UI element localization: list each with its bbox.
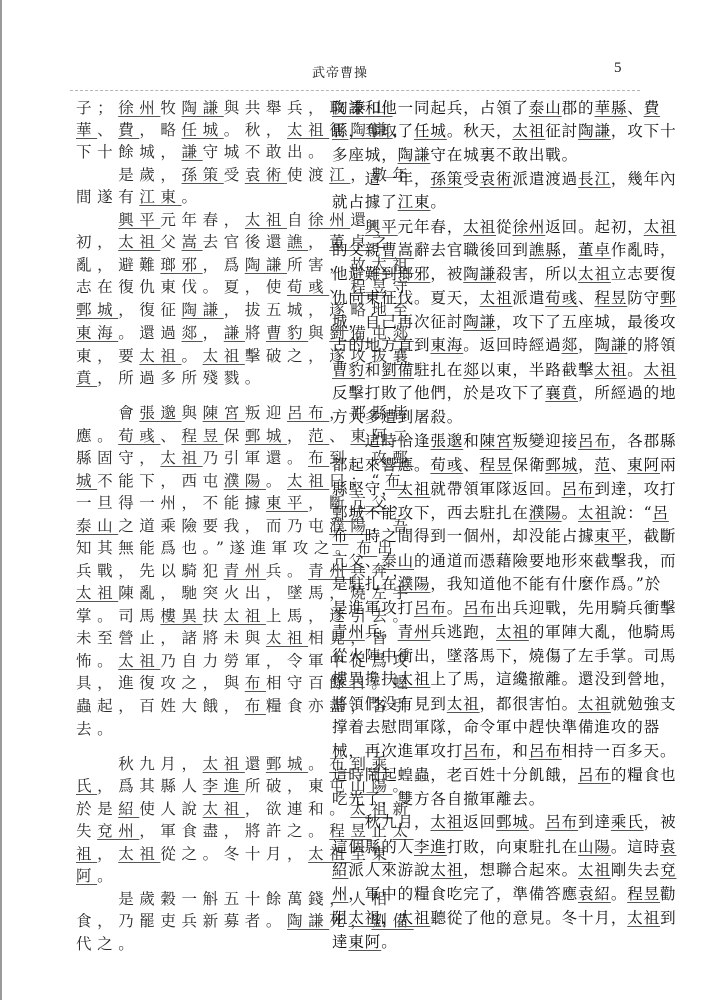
- text-segment: 牧: [160, 99, 181, 117]
- text-segment: 這時鬧起蝗蟲，老百姓十分飢餓，: [332, 766, 578, 784]
- text-segment: 、: [365, 552, 381, 570]
- text-segment: 保衛: [512, 456, 545, 474]
- proper-name: 亢父: [332, 552, 365, 570]
- proper-name: 太祖: [76, 584, 118, 602]
- text-segment: 叛變迎接: [512, 432, 578, 450]
- text-segment: ，: [381, 909, 397, 927]
- proper-name: 荀彧: [287, 278, 329, 296]
- text-line: 城，自己再次征討陶謙，攻下了五座城，最後攻: [332, 310, 676, 332]
- text-segment: 出兵迎戰，先用騎兵衝擊: [496, 599, 676, 617]
- proper-name: 縣: [332, 122, 348, 140]
- text-segment: [332, 218, 365, 236]
- page-number: 5: [614, 60, 622, 77]
- proper-name: 李進: [414, 838, 447, 856]
- proper-name: 鄄城: [496, 813, 529, 831]
- text-segment: ，所經過的地: [578, 384, 676, 402]
- proper-name: 太祖: [224, 607, 266, 625]
- proper-name: 呂布: [414, 599, 447, 617]
- text-segment: 保: [224, 427, 245, 445]
- text-segment: 還: [245, 755, 266, 773]
- text-line: 阿。: [76, 864, 118, 886]
- proper-name: 長江: [578, 170, 611, 188]
- proper-name: 范: [594, 456, 610, 474]
- proper-name: 譙: [287, 233, 308, 251]
- proper-name: 華: [76, 121, 97, 139]
- text-segment: 達: [332, 933, 348, 951]
- text-segment: ，爲: [203, 256, 245, 274]
- proper-name: 曹嵩: [381, 241, 414, 259]
- text-segment: 去。: [76, 720, 118, 738]
- proper-name: 東海: [76, 324, 118, 342]
- text-segment: 上了馬，這纔撤離。還没到營地，: [430, 670, 676, 688]
- proper-name: 太祖: [578, 504, 611, 522]
- text-segment: 與: [308, 324, 329, 342]
- text-segment: 就勉強支: [611, 695, 677, 713]
- text-segment: 東，要: [76, 347, 139, 365]
- proper-name: 東阿: [627, 456, 660, 474]
- proper-name: 太祖: [203, 347, 245, 365]
- text-segment: 攙扶: [365, 670, 398, 688]
- text-segment: 元年春，: [160, 211, 244, 229]
- text-segment: ，復征: [118, 301, 181, 319]
- text-line: 秋九月，太祖返回鄄城。呂布到達乘氏，被: [332, 810, 677, 832]
- proper-name: 東海: [430, 336, 463, 354]
- proper-name: 鄄城: [332, 504, 365, 522]
- text-segment: 從火陣中衝出，墜落馬下，燒傷了左手掌。司馬: [332, 647, 676, 665]
- proper-name: 紹: [332, 861, 348, 879]
- proper-name: 樓異: [332, 670, 365, 688]
- text-segment: 派遣渡過: [512, 170, 578, 188]
- text-segment: 一時之間得到一個州，却没能占據: [348, 527, 594, 545]
- proper-name: 太祖: [203, 755, 245, 773]
- proper-name: 費: [118, 121, 139, 139]
- text-line: 間遂有江東。: [76, 185, 203, 207]
- text-segment: 派人來游說: [348, 861, 430, 879]
- text-segment: 蟲起，百姓大餓，: [76, 697, 245, 715]
- text-segment: 將領們没有見到: [332, 695, 447, 713]
- text-segment: 。: [447, 599, 463, 617]
- text-segment: 間遂有: [76, 188, 139, 206]
- text-segment: 代之。: [76, 935, 139, 953]
- text-segment: ，略: [139, 121, 181, 139]
- text-segment: 防守: [627, 289, 660, 307]
- text-segment: 。: [182, 188, 203, 206]
- proper-name: 荀彧: [545, 289, 578, 307]
- text-segment: ，想聯合起來。: [463, 861, 578, 879]
- proper-name: 襄賁: [545, 384, 578, 402]
- text-segment: ，各郡縣: [611, 432, 677, 450]
- proper-name: 徐州: [118, 99, 160, 117]
- text-line: 縣堅守，太祖就帶領軍隊返回。呂布到達，攻打: [332, 477, 676, 499]
- running-header: 武帝曹操 5: [0, 62, 716, 86]
- text-line: 布一時之間得到一個州，却没能占據東平，截斷: [332, 524, 676, 546]
- text-segment: ，: [287, 427, 308, 445]
- text-segment: 從: [496, 218, 512, 236]
- text-segment: 駐扎在: [414, 361, 463, 379]
- proper-name: 呂布: [578, 432, 611, 450]
- proper-name: 曹豹: [266, 324, 308, 342]
- text-segment: ，軍食盡，將許之。: [139, 822, 329, 840]
- text-segment: 應。: [76, 427, 118, 445]
- text-segment: 征討: [545, 122, 578, 140]
- text-segment: 吃光了，雙方各自撤軍離去。: [332, 790, 545, 808]
- proper-name: 太祖: [398, 480, 431, 498]
- proper-name: 孫策: [430, 170, 463, 188]
- proper-name: 呂布: [578, 766, 611, 784]
- text-segment: 。: [430, 193, 446, 211]
- proper-name: 郯: [463, 361, 479, 379]
- text-segment: ，所過多所殘戮。: [97, 369, 266, 387]
- text-segment: 。秋天，: [447, 122, 513, 140]
- text-segment: 兵逃跑，: [430, 623, 496, 641]
- proper-name: 程昱: [480, 456, 513, 474]
- proper-name: 太祖: [287, 472, 329, 490]
- text-segment: 。: [611, 885, 627, 903]
- proper-name: 州: [332, 885, 348, 903]
- text-segment: 和他一同起兵，占領了: [365, 99, 529, 117]
- proper-name: 呂: [652, 504, 668, 522]
- proper-name: 陶謙: [245, 256, 287, 274]
- proper-name: 兗州: [97, 822, 139, 840]
- proper-name: 布: [245, 674, 266, 692]
- text-segment: 郡的: [562, 99, 595, 117]
- proper-name: 城: [332, 313, 348, 331]
- text-segment: 之道乘險要我，而乃屯: [118, 517, 329, 535]
- proper-name: 陶謙: [398, 146, 431, 164]
- text-segment: 聽從了他的意見。冬十月，: [430, 909, 627, 927]
- text-segment: 方大多遭到屠殺。: [332, 408, 463, 426]
- text-segment: 說：“: [611, 504, 653, 522]
- text-segment: 相持一百多天。: [562, 742, 677, 760]
- text-segment: ，: [203, 324, 224, 342]
- proper-name: 譙縣: [529, 241, 562, 259]
- proper-name: 紹: [118, 800, 139, 818]
- proper-name: 張邈: [430, 432, 463, 450]
- text-segment: 械，再次進軍攻打: [332, 742, 463, 760]
- text-line: 阻太祖，太祖聽從了他的意見。冬十月，太祖到: [332, 906, 676, 928]
- proper-name: 樓異: [160, 607, 202, 625]
- text-segment: 的軍陣大亂，他騎馬: [529, 623, 677, 641]
- proper-name: 劉備: [381, 361, 414, 379]
- proper-name: 程昱: [627, 885, 660, 903]
- proper-name: 曹豹: [332, 361, 365, 379]
- text-segment: 乃引軍還。: [203, 449, 309, 467]
- text-segment: ，幾年內: [611, 170, 677, 188]
- text-segment: 作亂時，: [611, 241, 677, 259]
- text-line: 都起來響應。荀彧、程昱保衛鄄城，范、東阿兩: [332, 453, 677, 475]
- text-segment: 兩: [660, 456, 676, 474]
- proper-name: 太祖: [139, 347, 181, 365]
- page-edge-border: [0, 0, 2, 1000]
- proper-name: 乘氏: [611, 813, 644, 831]
- proper-name: 泰山: [76, 517, 118, 535]
- text-line: 鄄城不能攻下，西去駐扎在濮陽。太祖說：“呂: [332, 501, 669, 523]
- proper-name: 鄄城: [545, 456, 578, 474]
- text-line: 曹豹和劉備駐扎在郯以東，半路截擊太祖。太祖: [332, 358, 676, 380]
- text-line: 下十餘城，謙守城不敢出。: [76, 140, 329, 162]
- text-line: 賁，所過多所殘戮。: [76, 366, 266, 388]
- proper-name: 陳宮: [203, 404, 245, 422]
- text-segment: 食，乃罷吏兵新募者。: [76, 912, 287, 930]
- text-segment: 這時恰逢: [332, 432, 430, 450]
- text-line: 縣，奪取了任城。秋天，太祖征討陶謙，攻下十: [332, 119, 676, 141]
- text-segment: 這一年，: [332, 170, 430, 188]
- text-segment: ，截斷: [627, 527, 676, 545]
- proper-name: 費: [644, 99, 660, 117]
- proper-name: 鄄城: [245, 427, 287, 445]
- text-line: 占的地方直到東海。返回時經過郯，陶謙的將領: [332, 333, 676, 355]
- text-segment: 。: [381, 933, 397, 951]
- proper-name: 陶謙: [287, 912, 329, 930]
- text-line: 樓異攙扶太祖上了馬，這纔撤離。還没到營地，: [332, 667, 676, 689]
- text-segment: 知其無能爲也。”遂進軍攻之。: [76, 539, 356, 557]
- text-segment: 是進軍攻打: [332, 599, 414, 617]
- text-segment: ，: [97, 845, 118, 863]
- text-segment: 兵戰，先以騎犯: [76, 562, 224, 580]
- proper-name: 鄄城: [266, 755, 308, 773]
- text-segment: 的糧食也: [611, 766, 677, 784]
- text-segment: 一旦得一州，不能據: [76, 494, 266, 512]
- text-segment: 立志要復: [611, 265, 677, 283]
- proper-name: 荀彧: [430, 456, 463, 474]
- text-segment: 辭去官職後回到: [414, 241, 529, 259]
- text-segment: 返回: [463, 813, 496, 831]
- proper-name: 袁紹: [578, 885, 611, 903]
- proper-name: 陶謙: [463, 313, 496, 331]
- text-segment: 兵。: [365, 623, 398, 641]
- proper-name: 太祖: [512, 122, 545, 140]
- text-segment: 是駐扎在: [332, 575, 398, 593]
- text-segment: 返回。起初，: [545, 218, 643, 236]
- proper-name: 太祖: [430, 861, 463, 879]
- text-line: 代之。: [76, 932, 139, 954]
- text-line: 是進軍攻打呂布。呂布出兵迎戰，先用騎兵衝擊: [332, 596, 676, 618]
- proper-name: 太祖: [266, 629, 308, 647]
- proper-name: 嵩: [182, 233, 203, 251]
- proper-name: 呂布: [287, 404, 329, 422]
- text-segment: ，爲其縣人: [97, 777, 203, 795]
- text-segment: 。秋，: [224, 121, 287, 139]
- text-line: 撑着去慰問軍隊，命令軍中趕快準備進攻的器: [332, 715, 660, 737]
- proper-name: 陳宮: [480, 432, 513, 450]
- text-segment: 、: [160, 427, 181, 445]
- text-segment: 仇向東征伐。夏天，: [332, 289, 480, 307]
- text-line: 將領們没有見到太祖，都很害怕。太祖就勉強支: [332, 692, 676, 714]
- proper-name: 城: [76, 472, 97, 490]
- text-line: 這時恰逢張邈和陳宮叛變迎接呂布，各郡縣: [332, 429, 676, 451]
- text-line: 青州兵。青州兵逃跑，太祖的軍陣大亂，他騎馬: [332, 620, 676, 642]
- text-segment: 和: [365, 361, 381, 379]
- text-segment: 的通道而憑藉險要地形來截擊我，而: [414, 552, 676, 570]
- proper-name: 徐州: [512, 218, 545, 236]
- text-segment: 打敗，向東駐扎在: [447, 838, 578, 856]
- text-segment: 父: [160, 233, 181, 251]
- text-segment: ，自己再次征討: [348, 313, 463, 331]
- text-segment: ，: [578, 336, 594, 354]
- text-segment: 是歲，: [76, 166, 182, 184]
- text-line: 興平元年春，太祖從徐州返回。起初，太祖: [332, 215, 676, 237]
- text-line: 械，再次進軍攻打呂布，和呂布相持一百多天。: [332, 739, 676, 761]
- text-segment: 、: [97, 121, 118, 139]
- text-segment: 於是: [76, 800, 118, 818]
- proper-name: 陶謙: [182, 301, 224, 319]
- proper-name: 瑯邪: [160, 256, 202, 274]
- text-line: 是駐扎在濮陽，我知道他不能有什麼作爲。”於: [332, 572, 661, 594]
- text-segment: 受: [224, 166, 245, 184]
- proper-name: 青州: [398, 623, 431, 641]
- text-segment: 從之。冬十月，: [160, 845, 308, 863]
- proper-name: 謙: [224, 324, 245, 342]
- text-segment: 剛失去: [611, 861, 660, 879]
- text-segment: 。這時: [611, 838, 660, 856]
- proper-name: 祖: [76, 845, 97, 863]
- proper-name: 呂布: [545, 813, 578, 831]
- proper-name: 陶謙: [332, 99, 365, 117]
- proper-name: 泰山: [381, 552, 414, 570]
- text-line: 方大多遭到屠殺。: [332, 405, 463, 427]
- proper-name: 太祖: [644, 361, 677, 379]
- proper-name: 興平: [118, 211, 160, 229]
- text-segment: 自: [287, 211, 308, 229]
- text-segment: 阻: [332, 909, 348, 927]
- proper-name: 太祖: [594, 361, 627, 379]
- text-segment: 都起來響應。: [332, 456, 430, 474]
- text-line: 去。: [76, 717, 118, 739]
- proper-name: 東阿: [348, 933, 381, 951]
- text-segment: 不能下，西屯: [97, 472, 224, 490]
- text-segment: 多座城，: [332, 146, 398, 164]
- text-segment: 縣堅守，: [332, 480, 398, 498]
- text-line: 仇向東征伐。夏天，太祖派遣荀彧、程昱防守鄄: [332, 286, 676, 308]
- proper-name: 程昱: [182, 427, 224, 445]
- proper-name: 華縣: [594, 99, 627, 117]
- proper-name: 興平: [365, 218, 398, 236]
- proper-name: 江東: [139, 188, 181, 206]
- text-segment: 子；: [76, 99, 118, 117]
- text-line: 達東阿。: [332, 930, 398, 952]
- proper-name: 呂布: [562, 480, 595, 498]
- proper-name: 董卓: [578, 241, 611, 259]
- header-rule: [70, 90, 640, 91]
- proper-name: 太祖: [480, 289, 513, 307]
- text-segment: ，軍中的糧食吃完了，準備答應: [348, 885, 578, 903]
- proper-name: 袁: [660, 838, 676, 856]
- proper-name: 太祖: [578, 695, 611, 713]
- chapter-title: 武帝曹操: [312, 62, 368, 81]
- text-segment: 的將領: [627, 336, 676, 354]
- text-line: 州，軍中的糧食吃完了，準備答應袁紹。程昱勸: [332, 882, 676, 904]
- proper-name: 太祖: [118, 845, 160, 863]
- text-segment: 的父親: [332, 241, 381, 259]
- proper-name: 郯: [562, 336, 578, 354]
- proper-name: 袁術: [245, 166, 287, 184]
- text-segment: 。: [97, 867, 118, 885]
- text-segment: ，和: [496, 742, 529, 760]
- text-segment: 到達: [578, 813, 611, 831]
- text-segment: ，: [308, 233, 329, 251]
- proper-name: 呂布: [463, 742, 496, 760]
- text-line: 陶謙和他一同起兵，占領了泰山郡的華縣、費: [332, 96, 660, 118]
- text-segment: 、: [627, 99, 643, 117]
- proper-name: 太祖: [398, 670, 431, 688]
- proper-name: 李進: [203, 777, 245, 795]
- text-segment: 。: [308, 755, 329, 773]
- proper-name: 范: [308, 427, 329, 445]
- text-segment: 以東，半路截擊: [480, 361, 595, 379]
- text-segment: 。: [627, 361, 643, 379]
- text-segment: 使渡: [287, 166, 329, 184]
- proper-name: 青州: [332, 623, 365, 641]
- proper-name: 呂布: [529, 742, 562, 760]
- proper-name: 郯: [182, 324, 203, 342]
- proper-name: 鄄城: [76, 301, 118, 319]
- text-segment: [76, 211, 118, 229]
- proper-name: 布: [308, 449, 329, 467]
- text-segment: 怖。: [76, 652, 118, 670]
- proper-name: 太祖: [118, 233, 160, 251]
- proper-name: 陶謙: [463, 265, 496, 283]
- proper-name: 太祖: [203, 800, 245, 818]
- proper-name: 氏: [76, 777, 97, 795]
- proper-name: 太祖: [348, 909, 381, 927]
- text-line: 從火陣中衝出，墜落馬下，燒傷了左手掌。司馬: [332, 644, 676, 666]
- text-segment: 這個縣的人: [332, 838, 414, 856]
- proper-name: 程昱: [594, 289, 627, 307]
- proper-name: 陶謙: [182, 99, 224, 117]
- proper-name: 陶謙: [594, 336, 627, 354]
- text-segment: 守在城裏不敢出戰。: [430, 146, 578, 164]
- proper-name: 太祖: [160, 449, 202, 467]
- proper-name: 山陽: [578, 838, 611, 856]
- text-segment: 、: [578, 289, 594, 307]
- proper-name: 江東: [398, 193, 431, 211]
- text-line: 反擊打敗了他們，於是攻下了襄賁，所經過的地: [332, 381, 676, 403]
- text-line: 吃光了，雙方各自撤軍離去。: [332, 787, 545, 809]
- text-segment: 受: [463, 170, 479, 188]
- text-segment: 他避難到: [332, 265, 398, 283]
- text-segment: 到: [660, 909, 676, 927]
- text-line: 的父親曹嵩辭去官職後回到譙縣，董卓作亂時，: [332, 238, 676, 260]
- text-segment: 派遣: [512, 289, 545, 307]
- proper-name: 太祖: [287, 121, 329, 139]
- text-segment: 志在復仇東伐。夏，使: [76, 278, 287, 296]
- proper-name: 任城: [414, 122, 447, 140]
- proper-name: 陶謙: [578, 122, 611, 140]
- text-segment: 。返回時經過: [463, 336, 561, 354]
- text-segment: 去官後還: [203, 233, 287, 251]
- proper-name: 濮陽: [224, 472, 266, 490]
- text-segment: 兵。: [266, 562, 308, 580]
- proper-name: 太祖: [398, 909, 431, 927]
- text-segment: 下十餘城，: [76, 143, 182, 161]
- text-line: 這個縣的人李進打敗，向東駐扎在山陽。這時袁: [332, 835, 676, 857]
- text-line: 多座城，陶謙守在城裏不敢出戰。: [332, 143, 578, 165]
- proper-name: 布: [332, 527, 348, 545]
- proper-name: 太祖: [627, 909, 660, 927]
- text-segment: 會: [76, 404, 139, 422]
- text-segment: 元年春，: [398, 218, 464, 236]
- text-line: 就占據了江東。: [332, 190, 447, 212]
- proper-name: 太祖: [118, 652, 160, 670]
- text-segment: 。: [266, 472, 287, 490]
- text-segment: 與: [182, 404, 203, 422]
- text-segment: 反擊打敗了他們，於是攻下了: [332, 384, 545, 402]
- text-segment: 亂，避難: [76, 256, 160, 274]
- proper-name: 青州: [224, 562, 266, 580]
- text-segment: ，: [578, 456, 594, 474]
- proper-name: 兗: [660, 861, 676, 879]
- text-segment: 到達，攻打: [594, 480, 676, 498]
